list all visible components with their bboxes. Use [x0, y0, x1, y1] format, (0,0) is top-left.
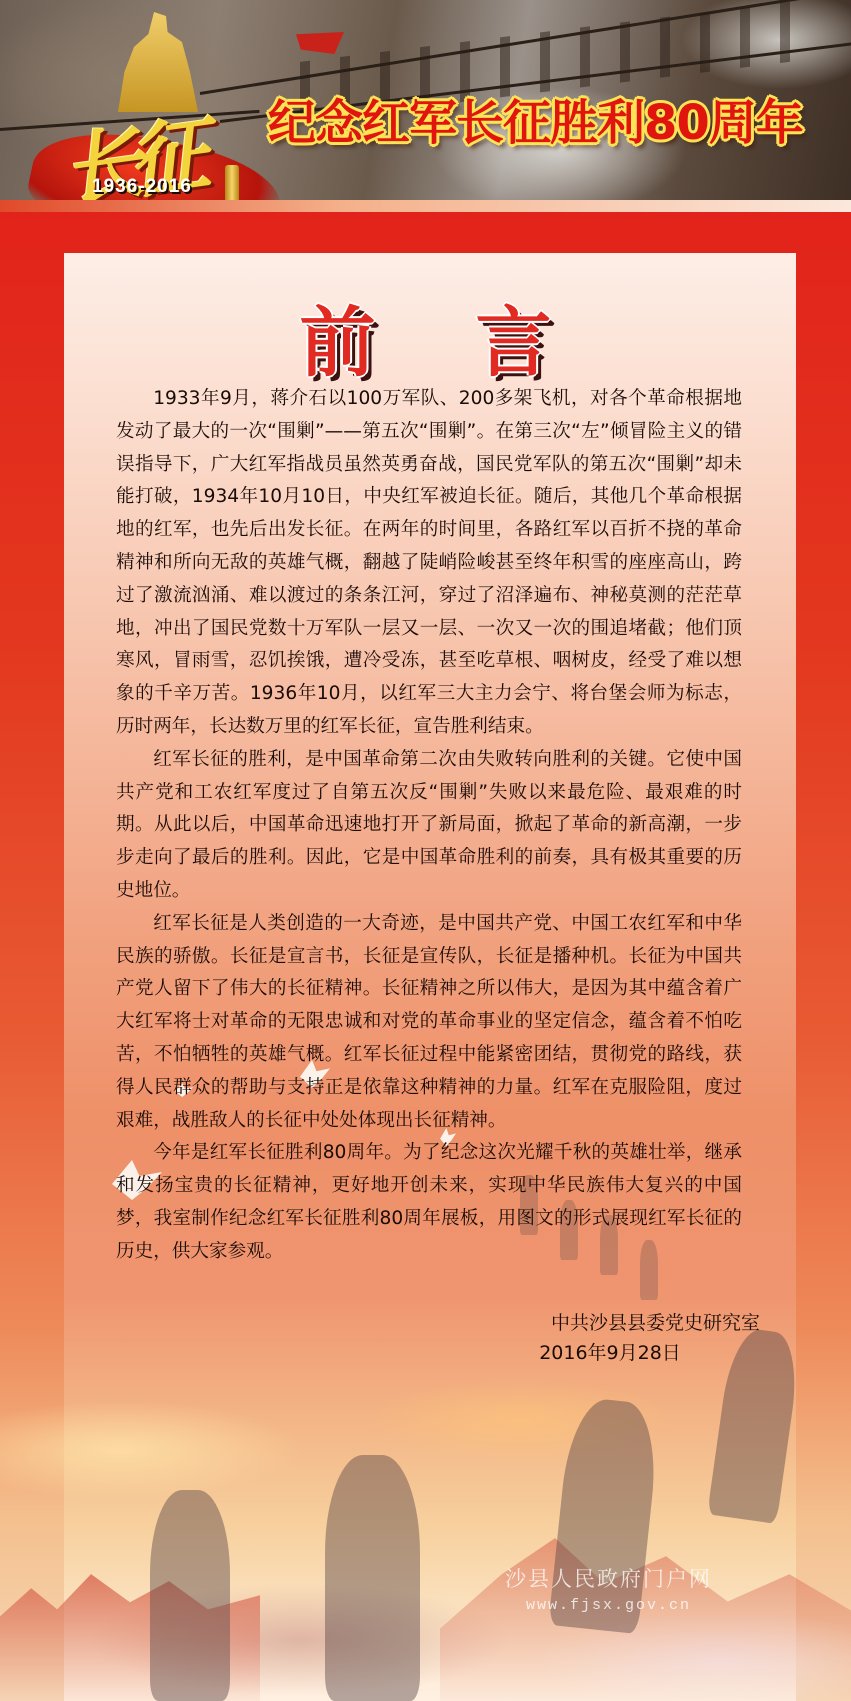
preface-body: 1933年9月，蒋介石以100万军队、200多架飞机，对各个革命根据地发动了最大…	[116, 383, 742, 1269]
signature-date: 2016年9月28日	[460, 1338, 760, 1368]
header-banner: 长征 1936-2016 纪念红军长征胜利80周年	[0, 0, 851, 200]
watermark-url: www.fjsx.gov.cn	[505, 1597, 712, 1614]
signature-block: 中共沙县县委党史研究室 2016年9月28日	[460, 1308, 760, 1368]
soldier-silhouette	[150, 1490, 230, 1701]
page-heading: 前言	[0, 282, 851, 391]
banner-divider	[0, 200, 851, 212]
years-label: 1936-2016	[92, 176, 192, 198]
soldier-silhouette	[325, 1455, 420, 1701]
signature-organization: 中共沙县县委党史研究室	[460, 1308, 760, 1338]
watermark: 沙县人民政府门户网 www.fjsx.gov.cn	[505, 1563, 712, 1614]
paragraph: 今年是红军长征胜利80周年。为了纪念这次光耀千秋的英雄壮举，继承和发扬宝贵的长征…	[116, 1137, 742, 1268]
banner-title: 纪念红军长征胜利80周年	[268, 84, 803, 153]
bottom-scenery	[0, 1360, 851, 1701]
paragraph: 1933年9月，蒋介石以100万军队、200多架飞机，对各个革命根据地发动了最大…	[116, 383, 742, 744]
watermark-site-name: 沙县人民政府门户网	[505, 1563, 712, 1593]
paragraph: 红军长征的胜利，是中国革命第二次由失败转向胜利的关键。它使中国共产党和工农红军度…	[116, 744, 742, 908]
paragraph: 红军长征是人类创造的一大奇迹，是中国共产党、中国工农红军和中华民族的骄傲。长征是…	[116, 908, 742, 1138]
red-flag-icon	[296, 32, 344, 54]
huabiao-pillar-icon	[225, 165, 239, 200]
